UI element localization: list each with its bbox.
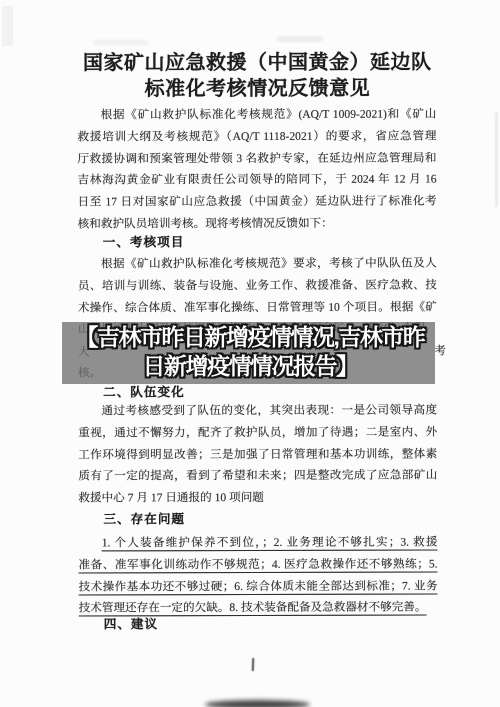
text-line: 根据《矿山救护队标准化考核规范》(AQ/T 1009-2021)和《矿山 <box>77 104 436 127</box>
text-line: 吉林海沟黄金矿业有限责任公司领导的陪同下，于 2024 年 12 月 16 <box>78 169 437 192</box>
text-line: 员、培训与训练、装备与设施、业务工作、救援准备、医疗急救、技 <box>78 274 437 297</box>
text-line: 工作环境得到明显改善；三是加强了日常管理和基本功训练，整体素 <box>78 443 437 466</box>
scanned-document-page: 国家矿山应急救援（中国黄金）延边队 标准化考核情况反馈意见 根据《矿山救护队标准… <box>0 0 500 707</box>
text-line: 根据《矿山救护队标准化考核规范》要求，考核了中队队伍及人 <box>78 253 437 276</box>
overlay-caption-line2: 日新增疫情情况报告】 <box>0 352 500 381</box>
scan-artifact-smear <box>277 36 323 42</box>
text-line: 术操作、综合体质、准军事化操练、日常管理等 10 个项目。根据《矿 <box>78 296 437 319</box>
scan-artifact-smear <box>93 40 148 45</box>
overlay-caption-line1: 【吉林市昨日新增疫情情况,吉林市昨 <box>0 323 500 352</box>
document-title-line1: 国家矿山应急救援（中国黄金）延边队 <box>77 50 437 77</box>
text-line: 救援培训大纲及考核规范》（AQ/T 1118-2021）的要求，省应急管理 <box>77 125 436 148</box>
section-4-heading: 四、建议 <box>79 613 438 636</box>
scan-artifact-bottom-smudge <box>205 700 310 707</box>
text-line: 1. 个人装备维护保养不到位，；2. 业务理论不够扎实；3. 救援 <box>78 532 437 555</box>
text-line: 救援中心 7 月 17 日通报的 10 项问题 <box>78 487 437 510</box>
scan-artifact-top-left <box>2 6 13 46</box>
overlay-caption: 【吉林市昨日新增疫情情况,吉林市昨 日新增疫情情况报告】 <box>0 323 500 381</box>
document-title-line2: 标准化考核情况反馈意见 <box>77 76 437 103</box>
text-line: 通过考核感受到了队伍的变化，其突出表现：一是公司领导高度 <box>78 400 437 423</box>
text-line: 技术操作基本功还不够过硬；6. 综合体质未能全部达到标准；7. 业务 <box>79 575 438 598</box>
text-line: 质有了一定的提高，看到了希望和未来；四是整改完成了应急部矿山 <box>78 465 437 488</box>
section-2-paragraph: 通过考核感受到了队伍的变化，其突出表现：一是公司领导高度重视，通过不懈努力，配齐… <box>78 400 437 510</box>
scan-artifact-right-streak <box>495 112 498 207</box>
document-title: 国家矿山应急救援（中国黄金）延边队 标准化考核情况反馈意见 <box>77 50 437 103</box>
intro-paragraph: 根据《矿山救护队标准化考核规范》(AQ/T 1009-2021)和《矿山救援培训… <box>77 104 436 236</box>
text-line: 日至 17 日对国家矿山应急救援（中国黄金）延边队进行了标准化考 <box>78 191 437 214</box>
text-line: 准备、准军事化训练动作不够规范；4. 医疗急救操作还不够熟练；5. <box>79 553 438 576</box>
section-3-heading: 三、存在问题 <box>78 508 437 531</box>
text-line: 重视，通过不懈努力，配齐了救护队员，增加了待遇；二是室内、外 <box>78 421 437 444</box>
section-3-paragraph: 1. 个人装备维护保养不到位，；2. 业务理论不够扎实；3. 救援准备、准军事化… <box>78 532 437 620</box>
section-1-heading: 一、考核项目 <box>78 231 437 254</box>
text-line: 厅救援协调和预案管理处带领 3 名救护专家，在延边州应急管理局和 <box>77 147 436 170</box>
